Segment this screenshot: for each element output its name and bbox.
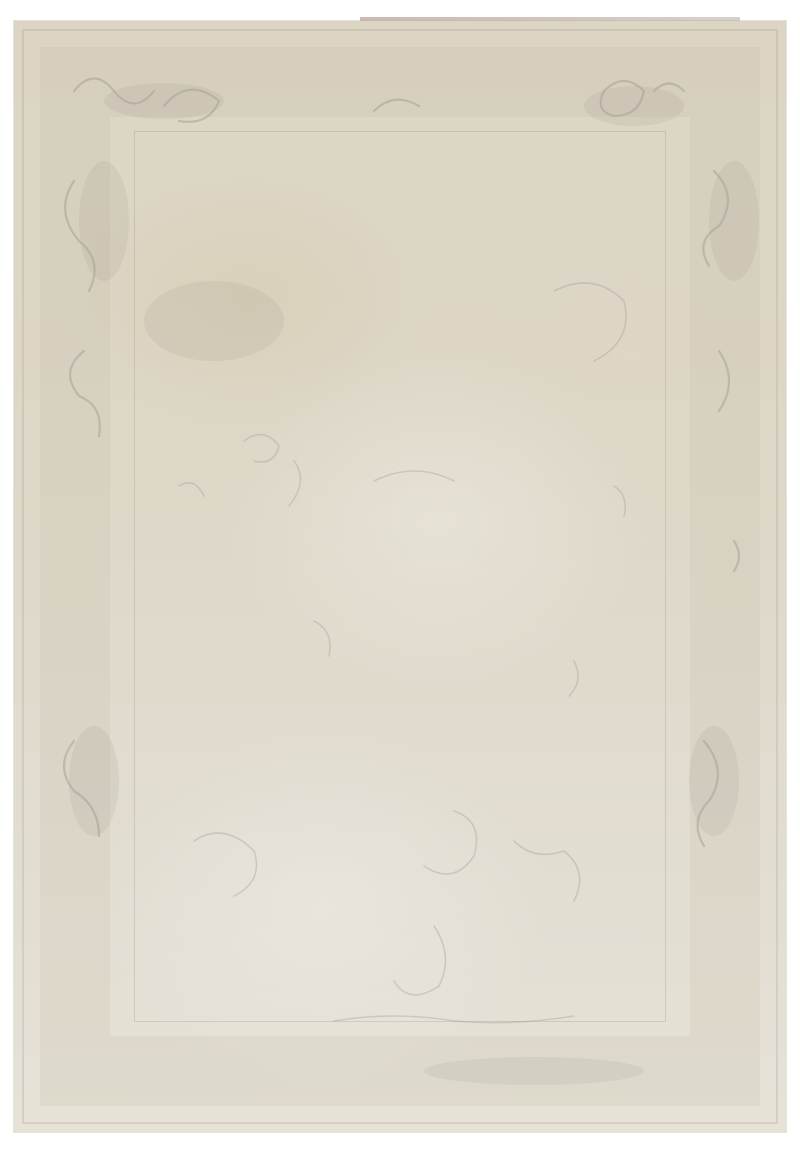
rug-floral-motifs (14, 21, 786, 1132)
rug (14, 21, 786, 1132)
